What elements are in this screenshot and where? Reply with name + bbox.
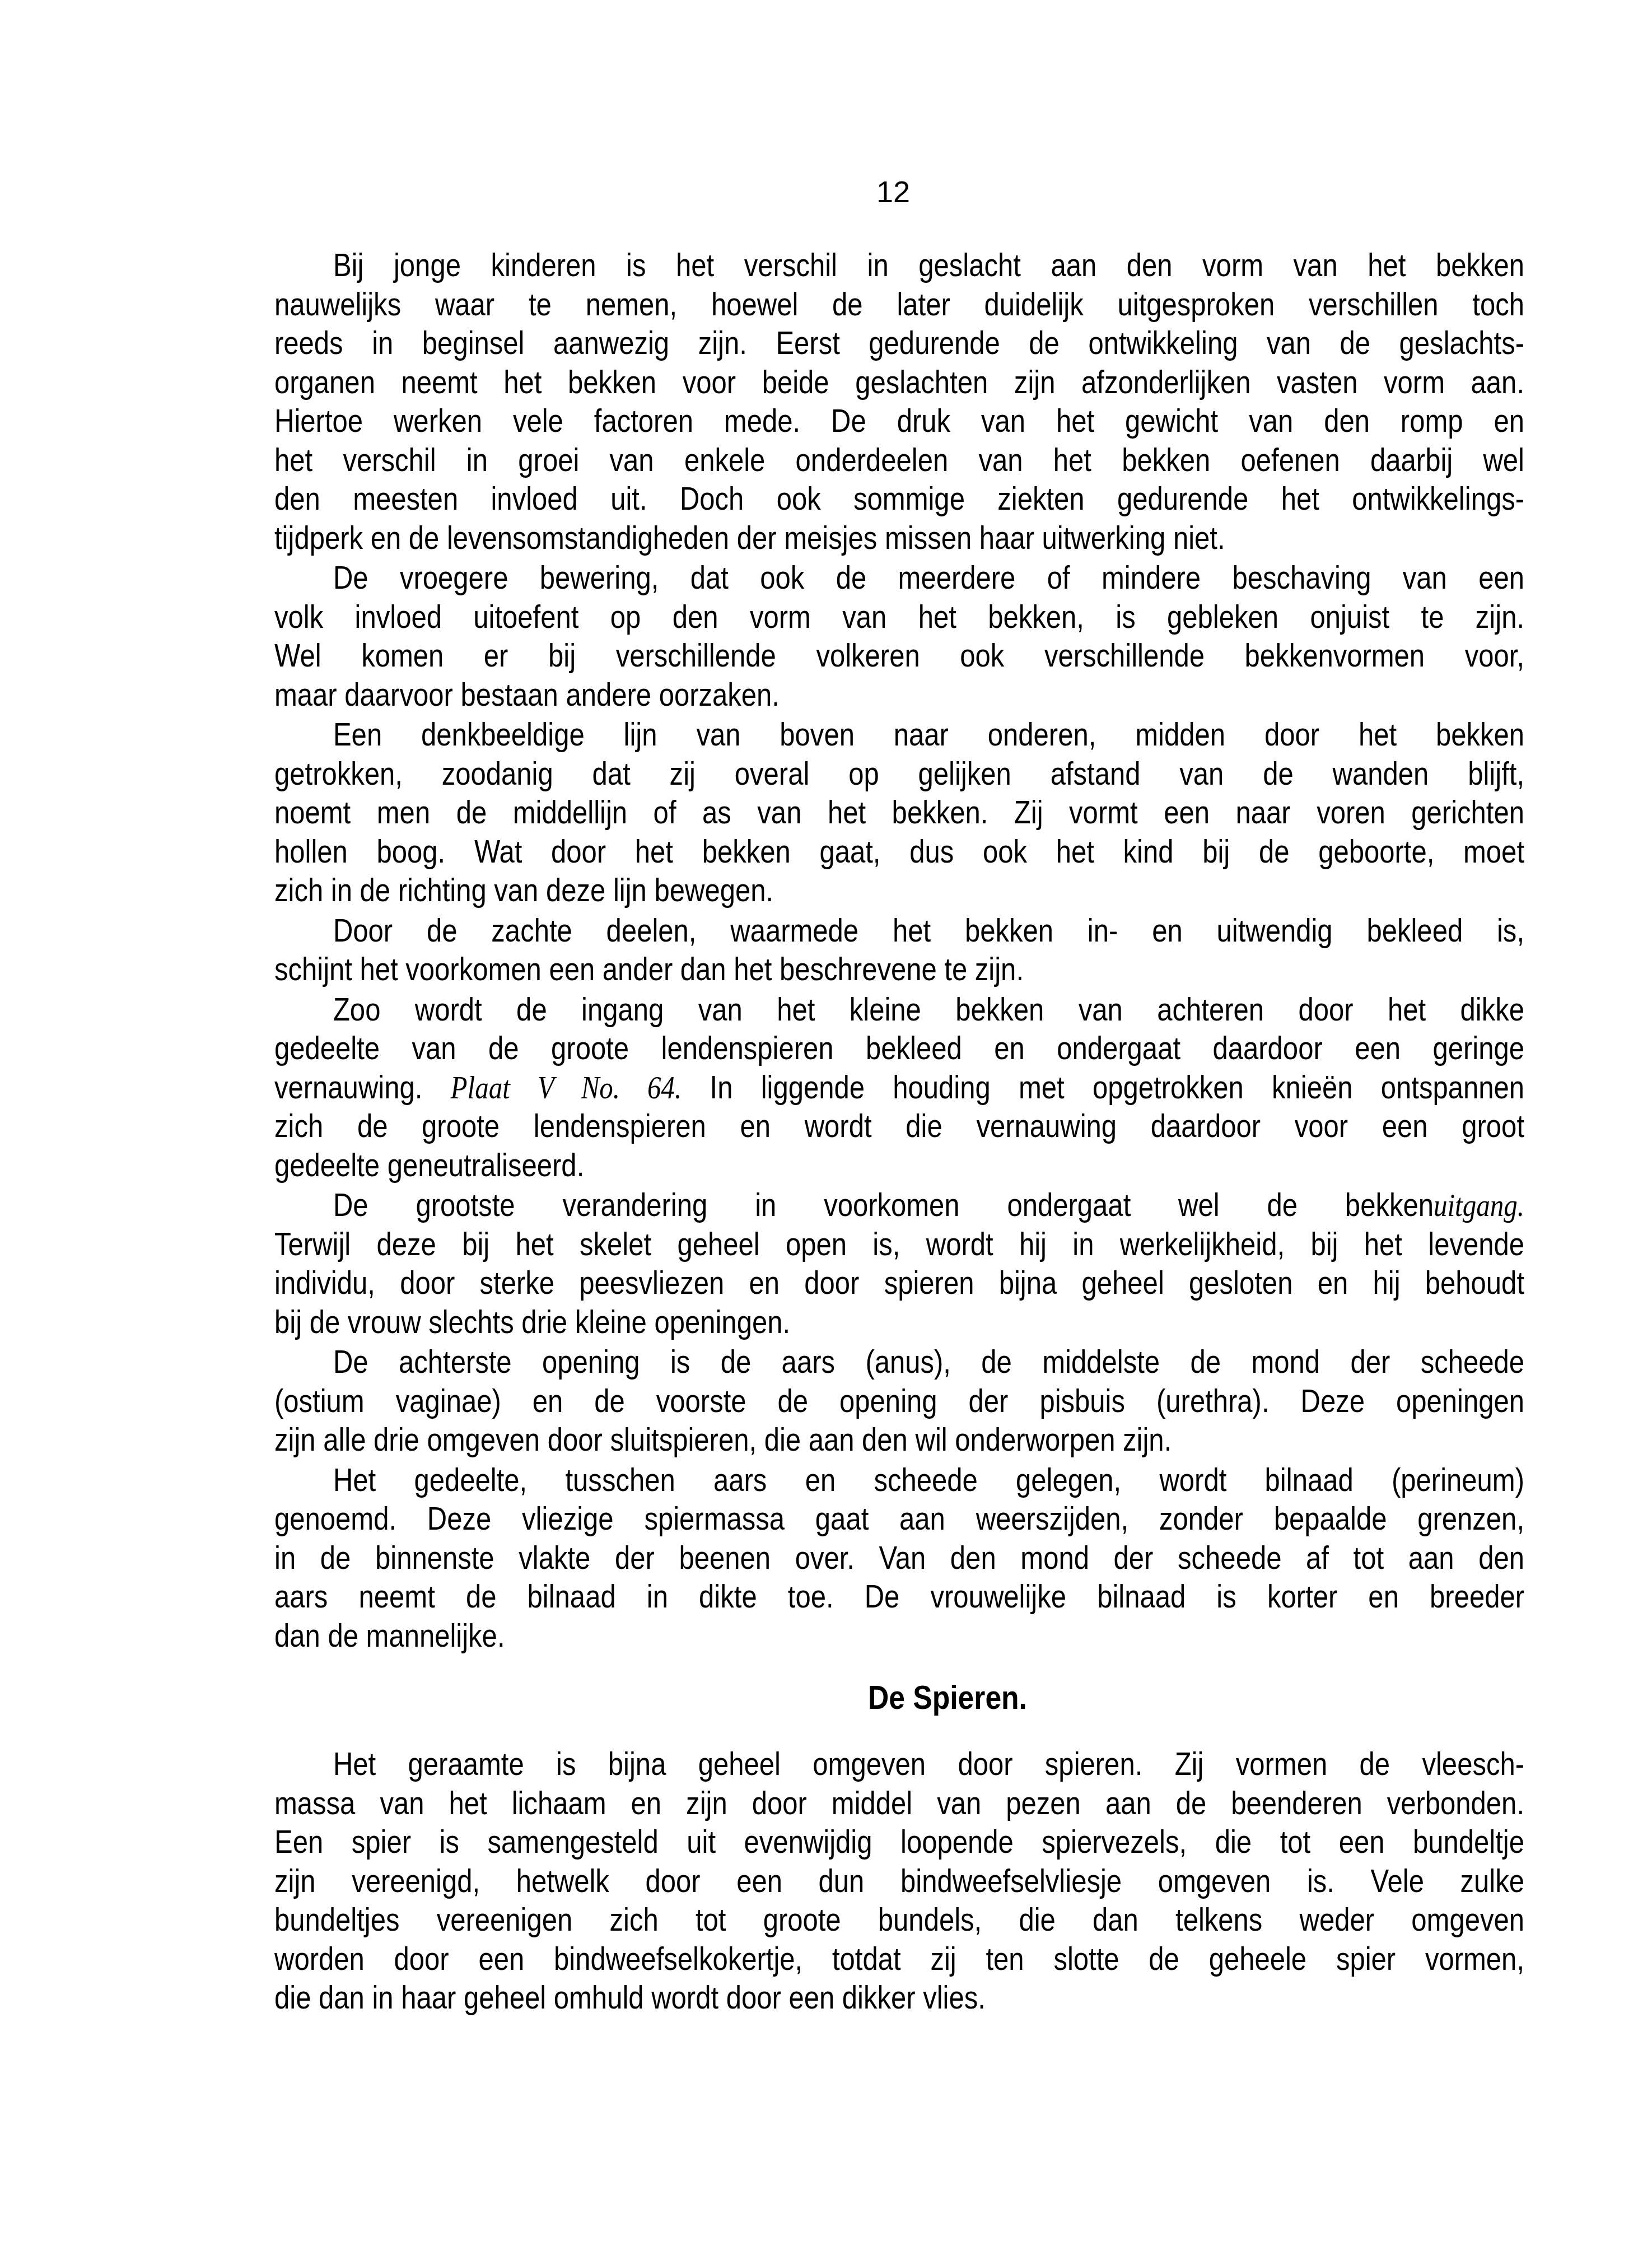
text-segment: vernauwing.: [274, 1070, 451, 1106]
page-number: 12: [0, 175, 1652, 209]
text-line: bundeltjes vereenigen zich tot groote bu…: [274, 1901, 1524, 1940]
text-line: gedeelte van de groote lendenspieren bek…: [274, 1029, 1524, 1069]
text-line: volk invloed uitoefent op den vorm van h…: [274, 598, 1524, 637]
text-line: nauwelijks waar te nemen, hoewel de late…: [274, 286, 1524, 325]
text-line: Hiertoe werken vele factoren mede. De dr…: [274, 402, 1524, 441]
text-line: Een spier is samengesteld uit evenwijdig…: [274, 1823, 1524, 1862]
paragraph: Door de zachte deelen, waarmede het bekk…: [274, 912, 1524, 990]
paragraph: De vroegere bewering, dat ook de meerder…: [274, 559, 1524, 715]
text-line: Het geraamte is bijna geheel omgeven doo…: [274, 1745, 1524, 1784]
text-line: organen neemt het bekken voor beide gesl…: [274, 364, 1524, 403]
text-line: zich de groote lendenspieren en wordt di…: [274, 1107, 1524, 1147]
text-line: aars neemt de bilnaad in dikte toe. De v…: [274, 1578, 1524, 1617]
paragraph: De grootste verandering in voorkomen ond…: [274, 1186, 1524, 1342]
text-line: den meesten invloed uit. Doch ook sommig…: [274, 480, 1524, 519]
text-column: Bij jonge kinderen is het verschil in ge…: [274, 246, 1524, 2018]
text-line: hollen boog. Wat door het bekken gaat, d…: [274, 833, 1524, 872]
section-heading: De Spieren.: [362, 1678, 1437, 1717]
book-page: 12 Bij jonge kinderen is het verschil in…: [0, 0, 1652, 2246]
text-line: Een denkbeeldige lijn van boven naar ond…: [274, 716, 1524, 755]
text-line: Het gedeelte, tusschen aars en scheede g…: [274, 1461, 1524, 1501]
text-line: worden door een bindweefselkokertje, tot…: [274, 1940, 1524, 1979]
paragraph: Het geraamte is bijna geheel omgeven doo…: [274, 1745, 1524, 2018]
text-line: Bij jonge kinderen is het verschil in ge…: [274, 246, 1524, 286]
text-segment: De grootste verandering in voorkomen ond…: [333, 1187, 1434, 1223]
text-line: in de binnenste vlakte der beenen over. …: [274, 1539, 1524, 1578]
plate-reference: Plaat V No. 64.: [451, 1070, 682, 1106]
emphasized-term: uitgang.: [1434, 1188, 1524, 1223]
text-line: Terwijl deze bij het skelet geheel open …: [274, 1225, 1524, 1265]
paragraph: Bij jonge kinderen is het verschil in ge…: [274, 246, 1524, 558]
text-line: De achterste opening is de aars (anus), …: [274, 1343, 1524, 1382]
paragraph: Een denkbeeldige lijn van boven naar ond…: [274, 716, 1524, 911]
text-line: De vroegere bewering, dat ook de meerder…: [274, 559, 1524, 598]
text-line: reeds in beginsel aanwezig zijn. Eerst g…: [274, 324, 1524, 364]
text-line: maar daarvoor bestaan andere oorzaken.: [274, 676, 1524, 715]
text-segment: In liggende houding met opgetrokken knie…: [682, 1070, 1524, 1106]
text-line: gedeelte geneutraliseerd.: [274, 1147, 1524, 1186]
text-line: individu, door sterke peesvliezen en doo…: [274, 1264, 1524, 1303]
text-line-with-emphasis: De grootste verandering in voorkomen ond…: [274, 1186, 1524, 1225]
text-line: zijn vereenigd, hetwelk door een dun bin…: [274, 1862, 1524, 1902]
text-line-with-plate-reference: vernauwing. Plaat V No. 64. In liggende …: [274, 1069, 1524, 1108]
paragraph: Zoo wordt de ingang van het kleine bekke…: [274, 991, 1524, 1186]
text-line: tijdperk en de levensomstandigheden der …: [274, 519, 1524, 558]
text-line: getrokken, zoodanig dat zij overal op ge…: [274, 755, 1524, 794]
text-line: die dan in haar geheel omhuld wordt door…: [274, 1979, 1524, 2018]
text-line: noemt men de middellijn of as van het be…: [274, 794, 1524, 833]
text-line: Door de zachte deelen, waarmede het bekk…: [274, 912, 1524, 951]
text-line: zich in de richting van deze lijn bewege…: [274, 872, 1524, 911]
text-line: Zoo wordt de ingang van het kleine bekke…: [274, 991, 1524, 1030]
paragraph: Het gedeelte, tusschen aars en scheede g…: [274, 1461, 1524, 1656]
paragraph: De achterste opening is de aars (anus), …: [274, 1343, 1524, 1460]
text-line: massa van het lichaam en zijn door midde…: [274, 1784, 1524, 1824]
text-line: (ostium vaginae) en de voorste de openin…: [274, 1382, 1524, 1422]
text-line: zijn alle drie omgeven door sluitspieren…: [274, 1421, 1524, 1460]
text-line: dan de mannelijke.: [274, 1617, 1524, 1656]
text-line: het verschil in groei van enkele onderde…: [274, 441, 1524, 481]
text-line: bij de vrouw slechts drie kleine opening…: [274, 1303, 1524, 1343]
text-line: genoemd. Deze vliezige spiermassa gaat a…: [274, 1500, 1524, 1539]
text-line: Wel komen er bij verschillende volkeren …: [274, 637, 1524, 676]
text-line: schijnt het voorkomen een ander dan het …: [274, 950, 1524, 990]
